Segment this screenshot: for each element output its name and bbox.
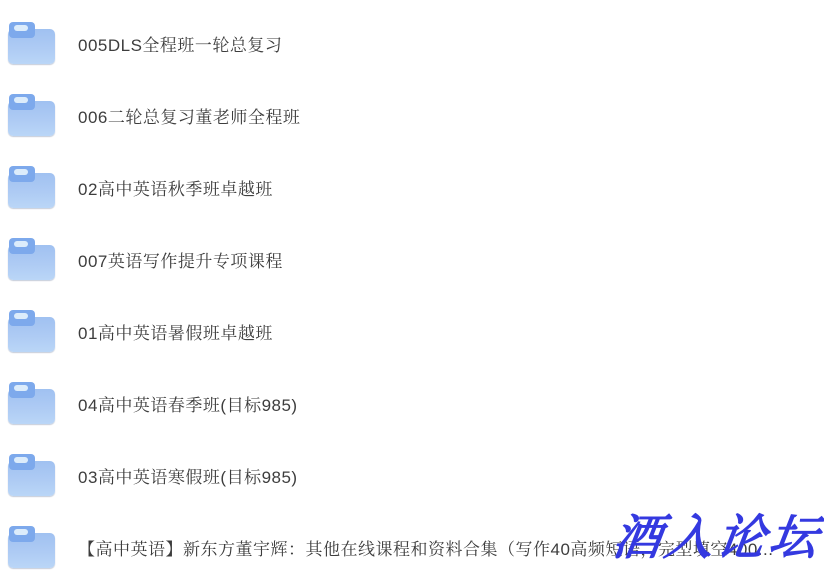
folder-icon-highlight	[14, 385, 28, 391]
folder-icon-tab	[9, 238, 35, 254]
file-list: 005DLS全程班一轮总复习 006二轮总复习董老师全程班 02高中英语秋季班卓…	[8, 22, 773, 568]
folder-icon	[8, 526, 55, 568]
folder-icon	[8, 22, 55, 64]
folder-icon	[8, 310, 55, 352]
folder-name-label: 01高中英语暑假班卓越班	[78, 319, 273, 344]
folder-icon-tab	[9, 166, 35, 182]
folder-name-label: 【高中英语】新东方董宇辉：其他在线课程和资料合集（写作40高频短语，完型填空40…	[78, 535, 773, 560]
file-row[interactable]: 01高中英语暑假班卓越班	[8, 310, 773, 352]
file-row[interactable]: 007英语写作提升专项课程	[8, 238, 773, 280]
file-row[interactable]: 006二轮总复习董老师全程班	[8, 94, 773, 136]
folder-name-label: 02高中英语秋季班卓越班	[78, 175, 273, 200]
folder-icon-tab	[9, 310, 35, 326]
file-row[interactable]: 02高中英语秋季班卓越班	[8, 166, 773, 208]
folder-icon-highlight	[14, 169, 28, 175]
folder-icon	[8, 238, 55, 280]
folder-icon-highlight	[14, 97, 28, 103]
folder-name-label: 007英语写作提升专项课程	[78, 247, 283, 272]
file-row[interactable]: 【高中英语】新东方董宇辉：其他在线课程和资料合集（写作40高频短语，完型填空40…	[8, 526, 773, 568]
folder-icon-tab	[9, 94, 35, 110]
folder-icon-tab	[9, 454, 35, 470]
folder-icon	[8, 94, 55, 136]
folder-icon-tab	[9, 526, 35, 542]
folder-icon	[8, 382, 55, 424]
folder-icon-highlight	[14, 529, 28, 535]
folder-icon-tab	[9, 22, 35, 38]
folder-icon-highlight	[14, 457, 28, 463]
folder-name-label: 005DLS全程班一轮总复习	[78, 31, 282, 56]
folder-icon	[8, 166, 55, 208]
folder-name-label: 03高中英语寒假班(目标985)	[78, 463, 298, 488]
file-row[interactable]: 03高中英语寒假班(目标985)	[8, 454, 773, 496]
folder-name-label: 006二轮总复习董老师全程班	[78, 103, 300, 128]
folder-name-label: 04高中英语春季班(目标985)	[78, 391, 298, 416]
folder-icon-highlight	[14, 241, 28, 247]
folder-icon-highlight	[14, 25, 28, 31]
folder-icon	[8, 454, 55, 496]
file-row[interactable]: 005DLS全程班一轮总复习	[8, 22, 773, 64]
folder-icon-highlight	[14, 313, 28, 319]
folder-icon-tab	[9, 382, 35, 398]
file-row[interactable]: 04高中英语春季班(目标985)	[8, 382, 773, 424]
